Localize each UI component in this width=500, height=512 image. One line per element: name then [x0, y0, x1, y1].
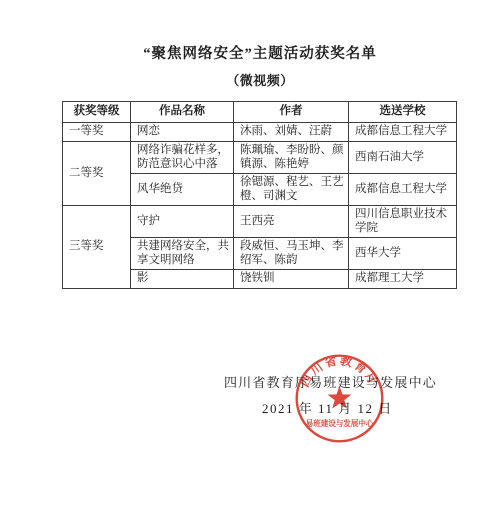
award-level-cell: 三等奖 — [63, 206, 131, 289]
authors-cell: 陈珮瑜、李盼盼、颜镇源、陈艳婷 — [234, 142, 349, 174]
school-cell: 四川信息职业技术学院 — [349, 206, 457, 238]
seal-bottom-text: 易班建设与发展中心 — [306, 418, 374, 428]
column-header: 作品名称 — [131, 102, 234, 123]
work-title-cell: 网络诈骗花样多，防范意识心中落 — [131, 142, 234, 174]
table-row: 二等奖网络诈骗花样多，防范意识心中落陈珮瑜、李盼盼、颜镇源、陈艳婷西南石油大学 — [63, 142, 457, 174]
issue-date: 2021 年 11 月 12 日 — [262, 398, 393, 417]
school-cell: 成都信息工程大学 — [349, 123, 457, 142]
award-level-cell: 一等奖 — [63, 123, 131, 142]
work-title-cell: 守护 — [131, 206, 234, 238]
column-header: 获奖等级 — [63, 102, 131, 123]
authors-cell: 徐锶源、程艺、王艺橙、司渊文 — [234, 174, 349, 206]
school-cell: 西华大学 — [349, 238, 457, 270]
document-page: “聚焦网络安全”主题活动获奖名单 （微视频） 获奖等级作品名称作者选送学校 一等… — [0, 0, 500, 512]
column-header: 作者 — [234, 102, 349, 123]
school-cell: 成都信息工程大学 — [349, 174, 457, 206]
awards-table: 获奖等级作品名称作者选送学校 一等奖网恋沐雨、刘婧、汪蔚成都信息工程大学二等奖网… — [62, 101, 457, 289]
work-title-cell: 风华绝贷 — [131, 174, 234, 206]
issuer-name: 四川省教育厅易班建设与发展中心 — [0, 372, 437, 391]
work-title-cell: 共建网络安全，共享文明网络 — [131, 238, 234, 270]
award-level-cell: 二等奖 — [63, 142, 131, 206]
authors-cell: 王西亮 — [234, 206, 349, 238]
document-subtitle: （微视频） — [20, 70, 500, 89]
table-row: 一等奖网恋沐雨、刘婧、汪蔚成都信息工程大学 — [63, 123, 457, 142]
authors-cell: 沐雨、刘婧、汪蔚 — [234, 123, 349, 142]
table-row: 三等奖守护王西亮四川信息职业技术学院 — [63, 206, 457, 238]
document-title: “聚焦网络安全”主题活动获奖名单 — [20, 42, 500, 63]
authors-cell: 段威恒、马玉坤、李绍军、陈韵 — [234, 238, 349, 270]
work-title-cell: 影 — [131, 270, 234, 289]
school-cell: 成都理工大学 — [349, 270, 457, 289]
work-title-cell: 网恋 — [131, 123, 234, 142]
table-header-row: 获奖等级作品名称作者选送学校 — [63, 102, 457, 123]
authors-cell: 饶铁钏 — [234, 270, 349, 289]
school-cell: 西南石油大学 — [349, 142, 457, 174]
column-header: 选送学校 — [349, 102, 457, 123]
